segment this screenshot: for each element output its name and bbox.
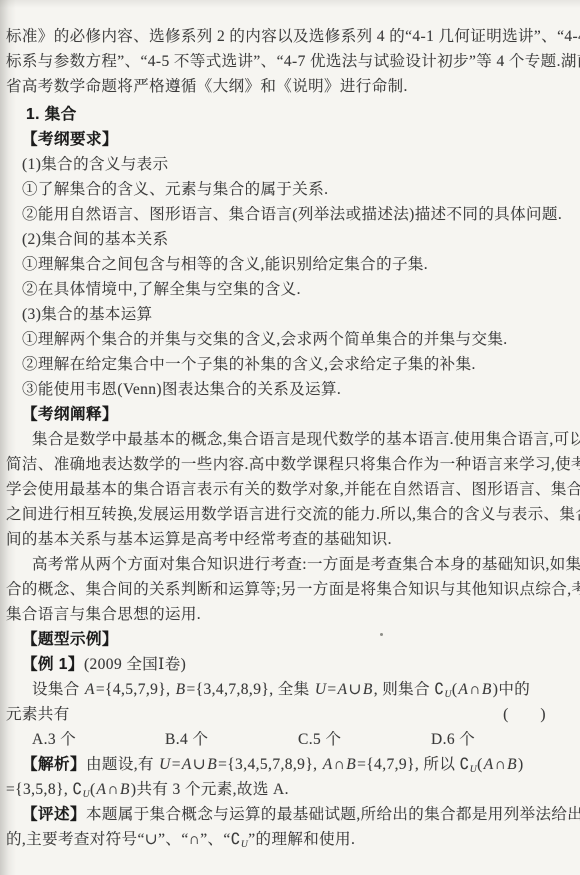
option-b: B.4 个 — [165, 727, 298, 752]
exam-focus-line: 高考常从两个方面对集合知识进行考查:一方面是考查集合本身的基础知识,如集 — [6, 552, 568, 577]
interpretation-line: 集合是数学中最基本的概念,集合语言是现代数学的基本语言.使用集合语言,可以 — [6, 427, 568, 452]
option-a: A.3 个 — [32, 727, 165, 752]
interpretation-line: 之间进行相互转换,发展运用数学语言进行交流的能力.所以,集合的含义与表示、集合 — [6, 502, 568, 527]
syllabus-item: ②能用自然语言、图形语言、集合语言(列举法或描述法)描述不同的具体问题. — [6, 202, 568, 227]
intro-line-2: 标系与参数方程”、“4-5 不等式选讲”、“4-7 优选法与试验设计初步”等 4… — [6, 49, 568, 74]
interpretation-heading: 【考纲阐释】 — [6, 402, 568, 427]
intro-line-3: 省高考数学命题将严格遵循《大纲》和《说明》进行命制. — [6, 74, 568, 99]
comment-line-1-text: 本题属于集合概念与运算的最基础试题,所给出的集合都是用列举法给出 — [86, 806, 580, 823]
syllabus-item: (2)集合间的基本关系 — [6, 227, 568, 252]
interpretation-line: 学会使用最基本的集合语言表示有关的数学对象,并能在自然语言、图形语言、集合语言 — [6, 477, 568, 502]
example1-source: (2009 全国Ⅰ卷) — [84, 656, 186, 673]
option-d: D.6 个 — [431, 727, 475, 752]
section-title-text: 1. 集合 — [26, 106, 77, 123]
syllabus-item: ②在具体情境中,了解全集与空集的含义. — [6, 277, 568, 302]
comment-label: 【评述】 — [22, 806, 86, 823]
exam-focus-line: 合的概念、集合间的关系判断和运算等;另一方面是将集合知识与其他知识点综合,考查 — [6, 577, 568, 602]
intro-line-1: 标准》的必修内容、选修系列 2 的内容以及选修系列 4 的“4-1 几何证明选讲… — [6, 24, 568, 49]
scan-edge-top-shadow — [0, 0, 580, 8]
syllabus-item: (3)集合的基本运算 — [6, 302, 568, 327]
examples-heading-text: 【题型示例】 — [22, 631, 118, 648]
comment-line-1: 【评述】本题属于集合概念与运算的最基础试题,所给出的集合都是用列举法给出 — [6, 802, 568, 827]
exam-focus-line: 集合语言与集合思想的运用. — [6, 602, 568, 627]
analysis-line-1: 【解析】由题设,有 U=A∪B={3,4,5,7,8,9}, A∩B={4,7,… — [6, 752, 568, 777]
syllabus-item: ②理解在给定集合中一个子集的补集的含义,会求给定子集的补集. — [6, 352, 568, 377]
analysis-line-1-text: 由题设,有 U=A∪B={3,4,5,7,8,9}, A∩B={4,7,9}, … — [86, 756, 524, 773]
syllabus-item: ①理解两个集合的并集与交集的含义,会求两个简单集合的并集与交集. — [6, 327, 568, 352]
syllabus-item: ①理解集合之间包含与相等的含义,能识别给定集合的子集. — [6, 252, 568, 277]
syllabus-heading: 【考纲要求】 — [6, 127, 568, 152]
option-c: C.5 个 — [298, 727, 431, 752]
syllabus-heading-text: 【考纲要求】 — [22, 131, 118, 148]
question-line-1: 设集合 A={4,5,7,9}, B={3,4,7,8,9}, 全集 U=A∪B… — [6, 677, 568, 702]
question-line-2-text: 元素共有 — [6, 702, 70, 727]
comment-line-2: 的,主要考查对符号“∪”、“∩”、“∁U”的理解和使用. — [6, 827, 568, 852]
options-row: A.3 个 B.4 个 C.5 个 D.6 个 — [6, 727, 568, 752]
interpretation-line: 间的基本关系与基本运算是高考中经常考查的基础知识. — [6, 527, 568, 552]
example1-header: 【例 1】(2009 全国Ⅰ卷) — [6, 652, 568, 677]
interpretation-heading-text: 【考纲阐释】 — [22, 406, 118, 423]
answer-blank: ( ) — [503, 702, 546, 727]
interpretation-line: 简洁、准确地表达数学的一些内容.高中数学课程只将集合作为一种语言来学习,使考生 — [6, 452, 568, 477]
analysis-line-2: ={3,5,8}, ∁U(A∩B)共有 3 个元素,故选 A. — [6, 777, 568, 802]
syllabus-item: (1)集合的含义与表示 — [6, 152, 568, 177]
examples-heading: 【题型示例】 — [6, 627, 568, 652]
syllabus-item: ③能使用韦恩(Venn)图表达集合的关系及运算. — [6, 377, 568, 402]
question-line-2: 元素共有 ( ) — [6, 702, 568, 727]
analysis-label: 【解析】 — [22, 756, 86, 773]
syllabus-item: ①了解集合的含义、元素与集合的属于关系. — [6, 177, 568, 202]
example1-label: 【例 1】 — [22, 656, 84, 673]
section-title: 1. 集合 — [6, 102, 568, 127]
document-page: 标准》的必修内容、选修系列 2 的内容以及选修系列 4 的“4-1 几何证明选讲… — [6, 24, 568, 852]
